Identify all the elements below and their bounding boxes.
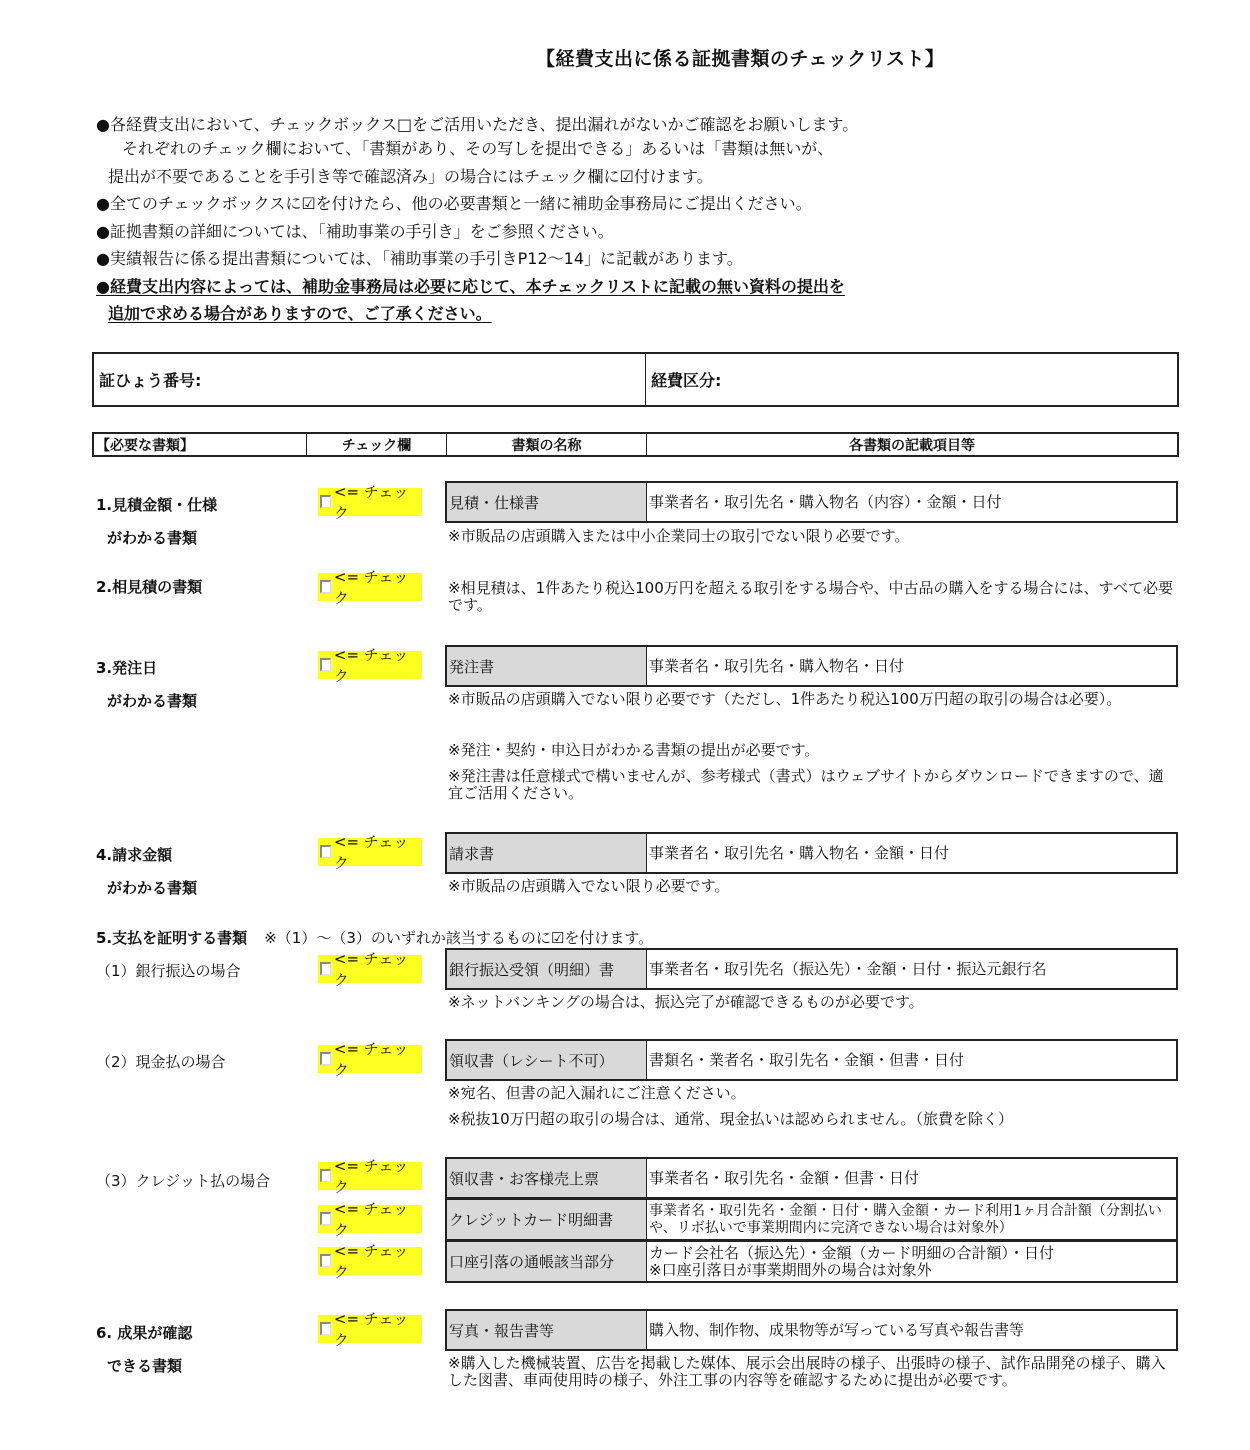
doc-name: 領収書・お客様売上票	[447, 1159, 647, 1197]
doc-items: 事業者名・取引先名・購入物名・日付	[647, 647, 1176, 685]
doc-name: 発注書	[447, 647, 647, 685]
note: ※相見積は、1件あたり税込100万円を超える取引をする場合や、中古品の購入をする…	[448, 580, 1178, 614]
checkbox-icon[interactable]	[320, 580, 331, 593]
intro-line: ●実績報告に係る提出書類については、「補助事業の手引きP12～14」に記載があり…	[96, 248, 743, 270]
doc-name: 写真・報告書等	[447, 1311, 647, 1349]
check-box-credit-2[interactable]: <= チェック	[318, 1205, 422, 1233]
note: ※発注・契約・申込日がわかる書類の提出が必要です。	[448, 742, 1183, 759]
doc-name: クレジットカード明細書	[447, 1200, 647, 1239]
section-2-label: 2.相見積の書類	[96, 576, 202, 597]
section-1-label-2: がわかる書類	[107, 527, 197, 548]
note: ※購入した機械装置、広告を掲載した媒体、展示会出展時の様子、出張時の様子、試作品…	[448, 1355, 1178, 1389]
doc-items: 購入物、制作物、成果物等が写っている写真や報告書等	[647, 1311, 1176, 1349]
section-5-heading: 5.支払を証明する書類 ※（1）～（3）のいずれか該当するものに☑を付けます。	[96, 927, 653, 948]
check-box-s6[interactable]: <= チェック	[318, 1315, 422, 1343]
doc-row-cash: 領収書（レシート不可） 書類名・業者名・取引先名・金額・但書・日付	[445, 1039, 1178, 1081]
doc-items-note: ※口座引落日が事業期間外の場合は対象外	[649, 1262, 932, 1279]
check-box-s4[interactable]: <= チェック	[318, 838, 422, 866]
doc-name: 請求書	[447, 834, 647, 872]
check-label: <= チェック	[334, 831, 422, 873]
note: ※税抜10万円超の取引の場合は、通常、現金払いは認められません。（旅費を除く）	[448, 1111, 1183, 1128]
doc-name: 銀行振込受領（明細）書	[447, 950, 647, 988]
check-label: <= チェック	[334, 1038, 422, 1080]
check-box-s1[interactable]: <= チェック	[318, 488, 422, 516]
note: ※発注書は任意様式で構いませんが、参考様式（書式）はウェブサイトからダウンロード…	[448, 768, 1178, 802]
doc-row-credit-1: 領収書・お客様売上票 事業者名・取引先名・金額・但書・日付	[445, 1157, 1178, 1199]
doc-row-s6: 写真・報告書等 購入物、制作物、成果物等が写っている写真や報告書等	[445, 1309, 1178, 1351]
checkbox-icon[interactable]	[320, 845, 331, 858]
col-required-docs: 【必要な書類】	[94, 434, 307, 455]
doc-table-credit: 領収書・お客様売上票 事業者名・取引先名・金額・但書・日付 クレジットカード明細…	[445, 1157, 1178, 1283]
doc-items: 事業者名・取引先名・購入物名・金額・日付	[647, 834, 1176, 872]
id-box: 証ひょう番号: 経費区分:	[92, 352, 1179, 407]
intro-warning: 追加で求める場合がありますので、ご了承ください。	[108, 303, 492, 325]
section-6-label: 6. 成果が確認	[96, 1322, 192, 1343]
doc-row-s1: 見積・仕様書 事業者名・取引先名・購入物名（内容）・金額・日付	[445, 481, 1178, 523]
intro-line: ●全てのチェックボックスに☑を付けたら、他の必要書類と一緒に補助金事務局にご提出…	[96, 193, 812, 215]
section-6-label-2: できる書類	[107, 1355, 182, 1376]
doc-row-s3: 発注書 事業者名・取引先名・購入物名・日付	[445, 645, 1178, 687]
checkbox-icon[interactable]	[320, 962, 331, 975]
check-label: <= チェック	[334, 948, 422, 990]
note: ※市販品の店頭購入または中小企業同士の取引でない限り必要です。	[448, 528, 1183, 545]
check-box-credit-3[interactable]: <= チェック	[318, 1247, 422, 1275]
checkbox-icon[interactable]	[320, 495, 331, 508]
check-box-cash[interactable]: <= チェック	[318, 1045, 422, 1073]
expense-category-field[interactable]: 経費区分:	[646, 354, 1177, 405]
doc-items: 書類名・業者名・取引先名・金額・但書・日付	[647, 1041, 1176, 1079]
doc-items: カード会社名（振込先）・金額（カード明細の合計額）・日付 ※口座引落日が事業期間…	[647, 1242, 1176, 1281]
check-label: <= チェック	[334, 644, 422, 686]
section-3-label: 3.発注日	[96, 657, 157, 678]
note: ※市販品の店頭購入でない限り必要です（ただし、1件あたり税込100万円超の取引の…	[448, 691, 1183, 708]
checkbox-icon[interactable]	[320, 1169, 331, 1182]
note: ※ネットバンキングの場合は、振込完了が確認できるものが必要です。	[448, 994, 1183, 1011]
checkbox-icon[interactable]	[320, 1052, 331, 1065]
check-label: <= チェック	[334, 481, 422, 523]
check-label: <= チェック	[334, 566, 422, 608]
doc-row-bank: 銀行振込受領（明細）書 事業者名・取引先名（振込先）・金額・日付・振込元銀行名	[445, 948, 1178, 990]
col-doc-name: 書類の名称	[447, 434, 647, 455]
intro-line: 提出が不要であることを手引き等で確認済み」の場合にはチェック欄に☑付けます。	[108, 166, 713, 188]
section-4-label: 4.請求金額	[96, 844, 172, 865]
col-doc-items: 各書類の記載項目等	[647, 434, 1177, 455]
doc-name: 口座引落の通帳該当部分	[447, 1242, 647, 1281]
doc-items: 事業者名・取引先名・購入物名（内容）・金額・日付	[647, 483, 1176, 521]
check-label: <= チェック	[334, 1198, 422, 1240]
cash-payment-label: （2）現金払の場合	[96, 1051, 226, 1072]
checkbox-icon[interactable]	[320, 1254, 331, 1267]
check-box-s2[interactable]: <= チェック	[318, 573, 422, 601]
section-1-label: 1.見積金額・仕様	[96, 494, 217, 515]
intro-line: ●各経費支出において、チェックボックス□をご活用いただき、提出漏れがないかご確認…	[96, 114, 858, 136]
section-3-label-2: がわかる書類	[107, 690, 197, 711]
doc-name: 見積・仕様書	[447, 483, 647, 521]
doc-row-s4: 請求書 事業者名・取引先名・購入物名・金額・日付	[445, 832, 1178, 874]
credit-payment-label: （3）クレジット払の場合	[96, 1170, 270, 1191]
doc-items-line: カード会社名（振込先）・金額（カード明細の合計額）・日付	[649, 1245, 1054, 1262]
col-check: チェック欄	[307, 434, 447, 455]
checkbox-icon[interactable]	[320, 1212, 331, 1225]
check-label: <= チェック	[334, 1155, 422, 1197]
bank-transfer-label: （1）銀行振込の場合	[96, 960, 241, 981]
section-4-label-2: がわかる書類	[107, 877, 197, 898]
section-5-label: 5.支払を証明する書類	[96, 929, 247, 947]
expense-category-label: 経費区分:	[651, 368, 721, 391]
check-box-credit-1[interactable]: <= チェック	[318, 1162, 422, 1190]
intro-line: それぞれのチェック欄において、「書類があり、その写しを提出できる」あるいは「書類…	[122, 138, 833, 160]
page-title: 【経費支出に係る証拠書類のチェックリスト】	[536, 44, 945, 71]
section-5-note: ※（1）～（3）のいずれか該当するものに☑を付けます。	[264, 929, 653, 947]
voucher-number-label: 証ひょう番号:	[99, 368, 201, 391]
note: ※宛名、但書の記入漏れにご注意ください。	[448, 1085, 1183, 1102]
intro-warning: ●経費支出内容によっては、補助金事務局は必要に応じて、本チェックリストに記載の無…	[96, 276, 845, 298]
check-label: <= チェック	[334, 1308, 422, 1350]
checkbox-icon[interactable]	[320, 1322, 331, 1335]
check-box-bank[interactable]: <= チェック	[318, 955, 422, 983]
doc-items: 事業者名・取引先名（振込先）・金額・日付・振込元銀行名	[647, 950, 1176, 988]
doc-items: 事業者名・取引先名・金額・但書・日付	[647, 1159, 1176, 1197]
doc-row-credit-3: 口座引落の通帳該当部分 カード会社名（振込先）・金額（カード明細の合計額）・日付…	[445, 1241, 1178, 1283]
voucher-number-field[interactable]: 証ひょう番号:	[94, 354, 646, 405]
column-header: 【必要な書類】 チェック欄 書類の名称 各書類の記載項目等	[92, 432, 1179, 457]
note: ※市販品の店頭購入でない限り必要です。	[448, 878, 1183, 895]
intro-line: ●証拠書類の詳細については、「補助事業の手引き」をご参照ください。	[96, 221, 614, 243]
check-label: <= チェック	[334, 1240, 422, 1282]
checkbox-icon[interactable]	[320, 658, 331, 671]
doc-row-credit-2: クレジットカード明細書 事業者名・取引先名・金額・日付・購入金額・カード利用1ヶ…	[445, 1199, 1178, 1241]
doc-items: 事業者名・取引先名・金額・日付・購入金額・カード利用1ヶ月合計額（分割払いや、リ…	[647, 1200, 1176, 1239]
check-box-s3[interactable]: <= チェック	[318, 651, 422, 679]
doc-name: 領収書（レシート不可）	[447, 1041, 647, 1079]
